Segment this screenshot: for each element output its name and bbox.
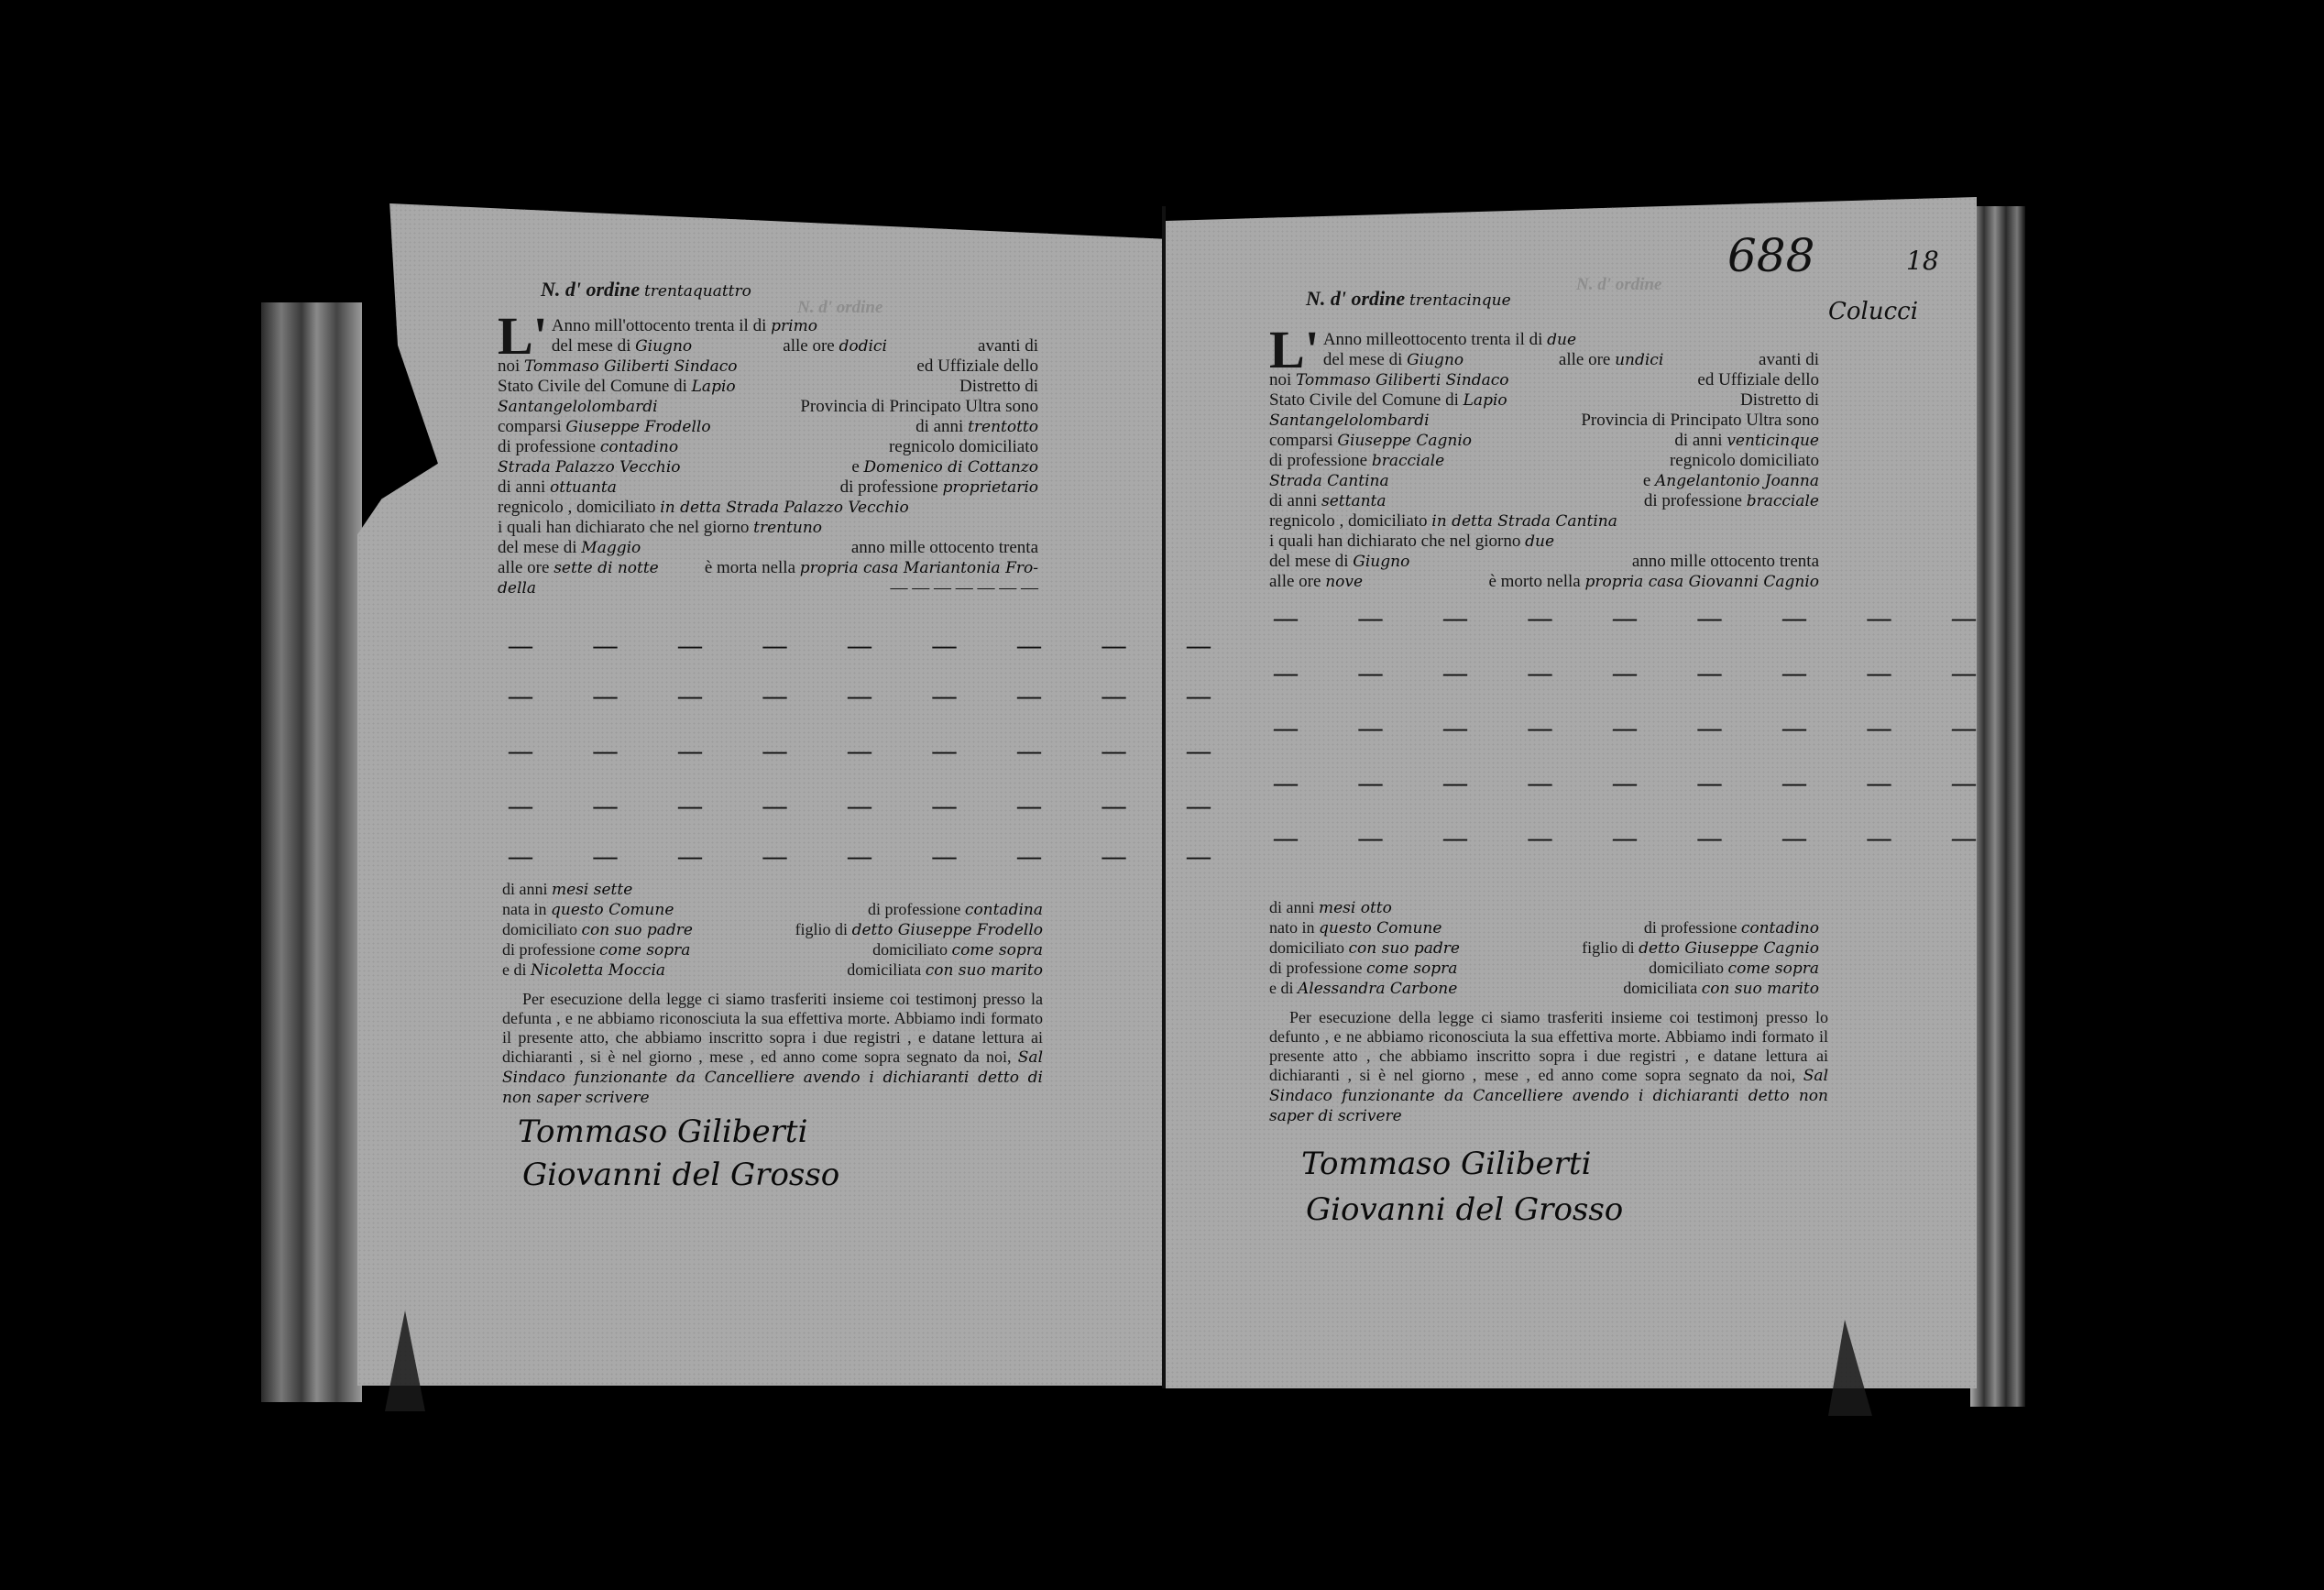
entry-line: noi Tommaso Giliberti Sindacoed Uffizial… [1269, 370, 1819, 390]
entry-line: i quali han dichiarato che nel giorno du… [1269, 532, 1819, 552]
fill-dashes: — — — — — — — — — [509, 632, 1238, 660]
entry-line: di professione come sopradomiciliato com… [502, 940, 1043, 960]
fill-dashes: — — — — — — — — — [1274, 825, 2003, 852]
fill-dashes: — — — — — — — — — [509, 793, 1238, 820]
fill-dashes: — — — — — — — — — [1274, 605, 2003, 632]
entry-line: noi Tommaso Giliberti Sindacoed Uffizial… [498, 356, 1038, 377]
fill-dashes: — — — — — — — — — [1274, 660, 2003, 687]
signature-witness-right: Giovanni del Grosso [1306, 1191, 1623, 1228]
entry-line: regnicolo , domiciliato in detta Strada … [498, 498, 1038, 518]
signature-witness-left: Giovanni del Grosso [522, 1157, 839, 1193]
entry-line: e di Alessandra Carbonedomiciliata con s… [1269, 979, 1819, 999]
entry-line: Anno milleottocento trenta il di due [1323, 330, 1819, 350]
entry-line: del mese di Giugnoalle ore dodiciavanti … [552, 336, 1038, 356]
right-entry-top: L' Anno milleottocento trenta il di due … [1269, 330, 1819, 592]
drop-cap-l: L' [498, 316, 548, 356]
signature-mayor-left: Tommaso Giliberti [518, 1113, 807, 1150]
right-heading: N. d' ordine trentacinque [1306, 289, 1511, 311]
entry-line: della— — — — — — — [498, 578, 1038, 598]
entry-line: Strada Cantinae Angelantonio Joanna [1269, 471, 1819, 491]
entry-line: regnicolo , domiciliato in detta Strada … [1269, 511, 1819, 532]
right-entry-lower: di anni mesi otto nato in questo Comuned… [1269, 898, 1819, 999]
entry-line: del mese di Giugnoanno mille ottocento t… [1269, 552, 1819, 572]
entry-line: comparsi Giuseppe Cagniodi anni venticin… [1269, 431, 1819, 451]
fill-dashes: — — — — — — — — — [509, 683, 1238, 710]
archive-number: 688 [1727, 229, 1814, 282]
fill-dashes: — — — — — — — — — [1274, 715, 2003, 742]
left-heading: N. d' ordine trentaquattro [541, 280, 751, 302]
entry-line: domiciliato con suo padrefiglio di detto… [502, 920, 1043, 940]
entry-line: Anno mill'ottocento trenta il di primo [552, 316, 1038, 336]
entry-line: e di Nicoletta Mocciadomiciliata con suo… [502, 960, 1043, 981]
entry-line: di anni settantadi professione bracciale [1269, 491, 1819, 511]
entry-line: alle ore noveè morto nella propria casa … [1269, 572, 1819, 592]
drop-cap-l: L' [1269, 330, 1320, 370]
book-edge-left [261, 302, 362, 1402]
signature-mayor-right: Tommaso Giliberti [1301, 1146, 1591, 1182]
left-closing-paragraph: Per esecuzione della legge ci siamo tras… [502, 990, 1043, 1108]
entry-line: nata in questo Comunedi professione cont… [502, 900, 1043, 920]
entry-line: del mese di Giugnoalle ore undiciavanti … [1323, 350, 1819, 370]
right-bleedthrough-heading: N. d' ordine [1576, 275, 1661, 295]
book-edge-right [1970, 206, 2025, 1407]
fill-dashes: — — — — — — — — — [1274, 770, 2003, 797]
right-closing-paragraph: Per esecuzione della legge ci siamo tras… [1269, 1008, 1828, 1126]
entry-line: SantangelolombardiProvincia di Principat… [1269, 411, 1819, 431]
entry-line: nato in questo Comunedi professione cont… [1269, 918, 1819, 938]
entry-line: di professione contadinoregnicolo domici… [498, 437, 1038, 457]
entry-line: Strada Palazzo Vecchioe Domenico di Cott… [498, 457, 1038, 477]
entry-line: del mese di Maggioanno mille ottocento t… [498, 538, 1038, 558]
entry-line: Stato Civile del Comune di LapioDistrett… [1269, 390, 1819, 411]
page-clip-right [1828, 1320, 1872, 1416]
left-entry-lower: di anni mesi sette nata in questo Comune… [502, 880, 1043, 981]
fill-dashes: — — — — — — — — — [509, 738, 1238, 765]
entry-line: Stato Civile del Comune di LapioDistrett… [498, 377, 1038, 397]
entry-line: domiciliato con suo padrefiglio di detto… [1269, 938, 1819, 959]
left-bleedthrough-heading: N. d' ordine [797, 298, 882, 318]
entry-line: i quali han dichiarato che nel giorno tr… [498, 518, 1038, 538]
entry-line: di anni ottuantadi professione proprieta… [498, 477, 1038, 498]
left-entry-top: L' Anno mill'ottocento trenta il di prim… [498, 316, 1038, 598]
page-clip-left [385, 1310, 425, 1411]
entry-line: SantangelolombardiProvincia di Principat… [498, 397, 1038, 417]
entry-line: di anni mesi otto [1269, 898, 1819, 918]
fill-dashes: — — — — — — — — — [509, 843, 1238, 871]
entry-line: di professione come sopradomiciliato com… [1269, 959, 1819, 979]
entry-line: comparsi Giuseppe Frodellodi anni trento… [498, 417, 1038, 437]
entry-line: di anni mesi sette [502, 880, 1043, 900]
entry-line: alle ore sette di notteè morta nella pro… [498, 558, 1038, 578]
folio-number: 18 [1906, 246, 1939, 276]
margin-note: Colucci [1828, 298, 1918, 325]
entry-line: di professione braccialeregnicolo domici… [1269, 451, 1819, 471]
